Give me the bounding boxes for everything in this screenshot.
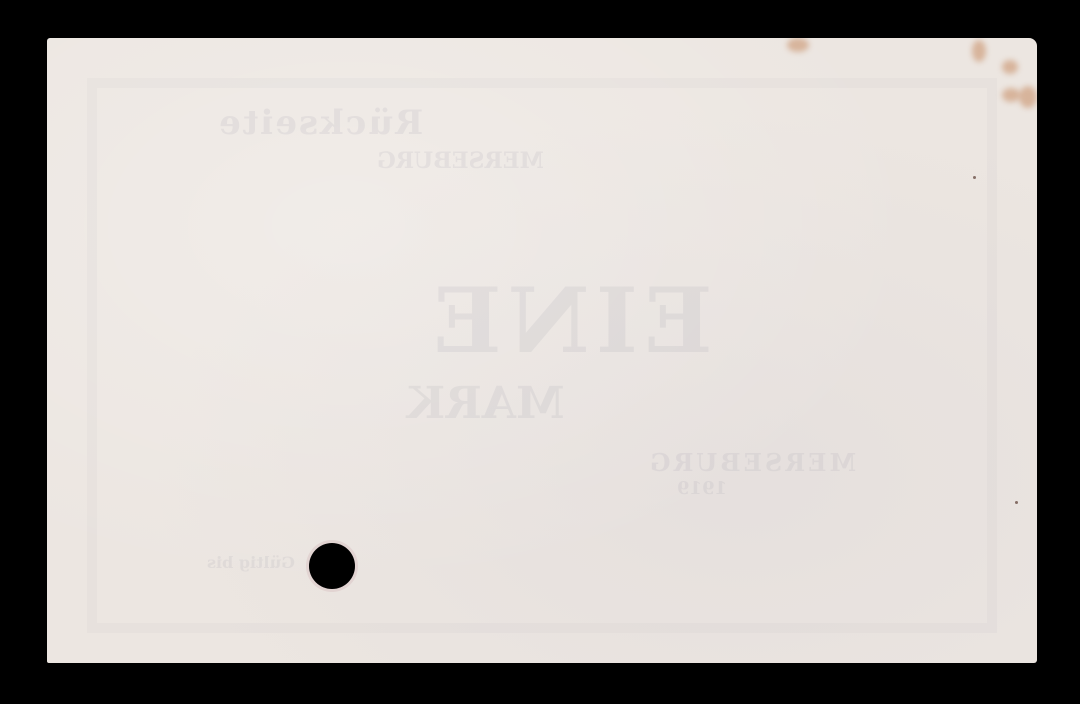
rust-stain <box>972 40 986 62</box>
rust-stain <box>787 38 809 52</box>
speck <box>973 176 976 179</box>
bleed-through-unit: MARK <box>407 378 565 429</box>
banknote-paper: Rückseite MERSEBURG EINE MARK MERSEBURG … <box>47 38 1037 663</box>
rust-stain <box>1019 86 1037 108</box>
bleed-through-date: 1919 <box>677 478 727 499</box>
bleed-through-header: Rückseite <box>217 103 423 143</box>
speck <box>1015 501 1018 504</box>
bleed-through-line2: MERSEBURG <box>377 148 544 174</box>
rust-stain <box>1002 60 1018 74</box>
rust-stain <box>1002 88 1020 102</box>
bleed-through-denomination: EINE <box>427 268 713 374</box>
bleed-through-place: MERSEBURG <box>647 448 856 477</box>
bleed-through-footer: Gültig bis <box>207 553 295 572</box>
punch-hole <box>309 543 355 589</box>
